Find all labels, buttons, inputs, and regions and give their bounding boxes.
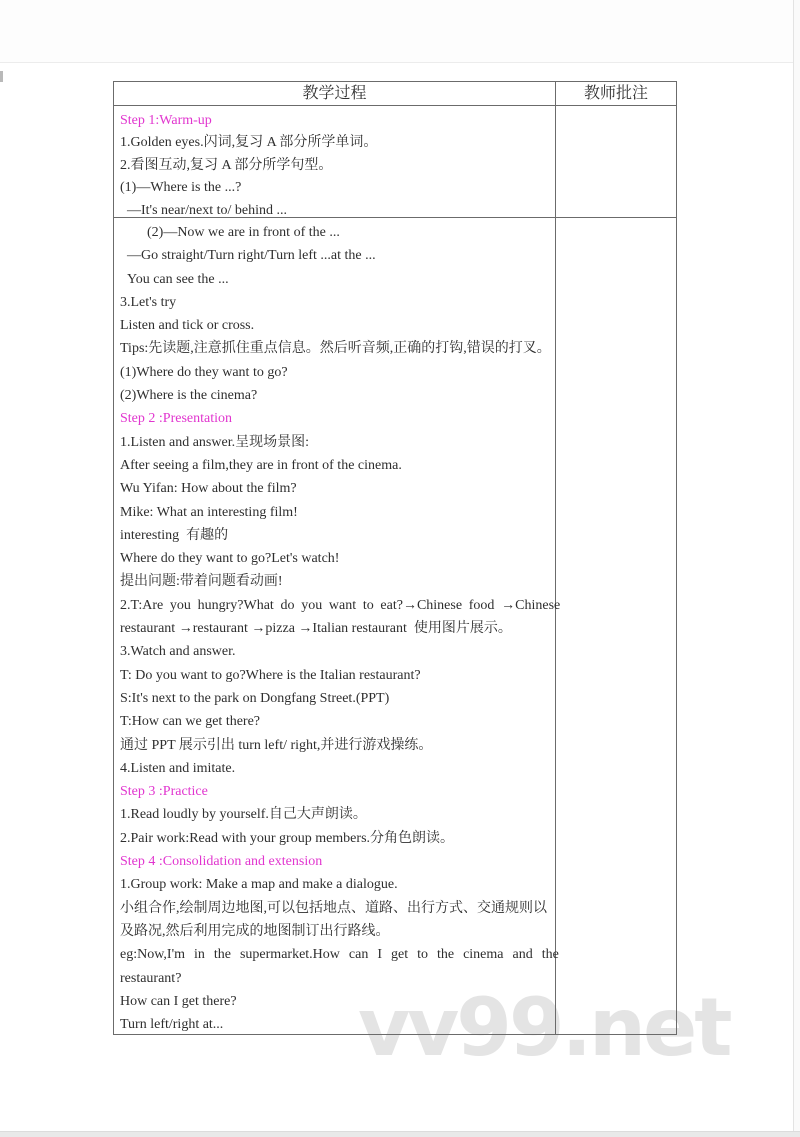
lesson-line: After seeing a film,they are in front of… [120, 454, 547, 477]
page-right-gutter [794, 0, 800, 1132]
column-header-teaching-process: 教学过程 [114, 82, 556, 105]
lesson-line: 1.Golden eyes.闪词,复习 A 部分所学单词。 [120, 132, 547, 154]
lesson-line: Mike: What an interesting film! [120, 501, 547, 524]
lesson-line: 1.Read loudly by yourself.自己大声朗读。 [120, 803, 547, 826]
lesson-line: T:How can we get there? [120, 710, 547, 733]
step-heading: Step 3 :Practice [120, 780, 547, 803]
column-header-teacher-notes: 教师批注 [556, 82, 676, 105]
step-heading: Step 2 :Presentation [120, 407, 547, 430]
document-page: vv99.net 教学过程 教师批注 Step 1:Warm-up 1.Gold… [0, 0, 800, 1137]
lesson-line: (2)Where is the cinema? [120, 384, 547, 407]
lesson-line: You can see the ... [120, 268, 547, 291]
lesson-line: restaurant? [120, 967, 547, 990]
lesson-line: 2.T:Are you hungry?What do you want to e… [120, 594, 547, 617]
page-right-edge [793, 0, 794, 1132]
lesson-plan-table: 教学过程 教师批注 Step 1:Warm-up 1.Golden eyes.闪… [113, 81, 677, 1035]
lesson-line: 通过 PPT 展示引出 turn left/ right,并进行游戏操练。 [120, 734, 547, 757]
lesson-line: 1.Listen and answer.呈现场景图: [120, 431, 547, 454]
teacher-notes-cell [556, 106, 676, 217]
lesson-line: 3.Let's try [120, 291, 547, 314]
lesson-line: Turn left/right at... [120, 1013, 547, 1036]
lesson-line: 4.Listen and imitate. [120, 757, 547, 780]
lesson-line: eg:Now,I'm in the supermarket.How can I … [120, 943, 547, 966]
lesson-line: 及路况,然后利用完成的地图制订出行路线。 [120, 920, 547, 943]
teaching-process-cell: Step 1:Warm-up 1.Golden eyes.闪词,复习 A 部分所… [114, 106, 556, 217]
table-header-row: 教学过程 教师批注 [114, 82, 676, 106]
lesson-line: 2.看图互动,复习 A 部分所学句型。 [120, 155, 547, 177]
teacher-notes-cell [556, 218, 676, 1034]
lesson-line: interesting 有趣的 [120, 524, 547, 547]
lesson-line: —Go straight/Turn right/Turn left ...at … [120, 244, 547, 267]
lesson-line: T: Do you want to go?Where is the Italia… [120, 664, 547, 687]
page-bottom-edge [0, 1131, 800, 1137]
lesson-line: Tips:先读题,注意抓住重点信息。然后听音频,正确的打钩,错误的打叉。 [120, 337, 547, 360]
table-row: Step 1:Warm-up 1.Golden eyes.闪词,复习 A 部分所… [114, 106, 676, 218]
lesson-line: 小组合作,绘制周边地图,可以包括地点、道路、出行方式、交通规则以 [120, 897, 547, 920]
lesson-line: Wu Yifan: How about the film? [120, 477, 547, 500]
lesson-line: 2.Pair work:Read with your group members… [120, 827, 547, 850]
scan-artifact [0, 71, 3, 82]
lesson-line: Listen and tick or cross. [120, 314, 547, 337]
lesson-line: 1.Group work: Make a map and make a dial… [120, 873, 547, 896]
lesson-line: 提出问题:带着问题看动画! [120, 570, 547, 593]
lesson-line: (2)—Now we are in front of the ... [120, 221, 547, 244]
lesson-line: 3.Watch and answer. [120, 640, 547, 663]
lesson-line: Where do they want to go?Let's watch! [120, 547, 547, 570]
step-heading: Step 1:Warm-up [120, 110, 547, 132]
page-top-edge [0, 0, 800, 63]
lesson-line: restaurant →restaurant →pizza →Italian r… [120, 617, 547, 640]
lesson-line: (1)—Where is the ...? [120, 177, 547, 199]
lesson-line: How can I get there? [120, 990, 547, 1013]
teaching-process-cell: (2)—Now we are in front of the ... —Go s… [114, 218, 556, 1034]
table-row: (2)—Now we are in front of the ... —Go s… [114, 218, 676, 1034]
lesson-line: (1)Where do they want to go? [120, 361, 547, 384]
lesson-line: S:It's next to the park on Dongfang Stre… [120, 687, 547, 710]
step-heading: Step 4 :Consolidation and extension [120, 850, 547, 873]
